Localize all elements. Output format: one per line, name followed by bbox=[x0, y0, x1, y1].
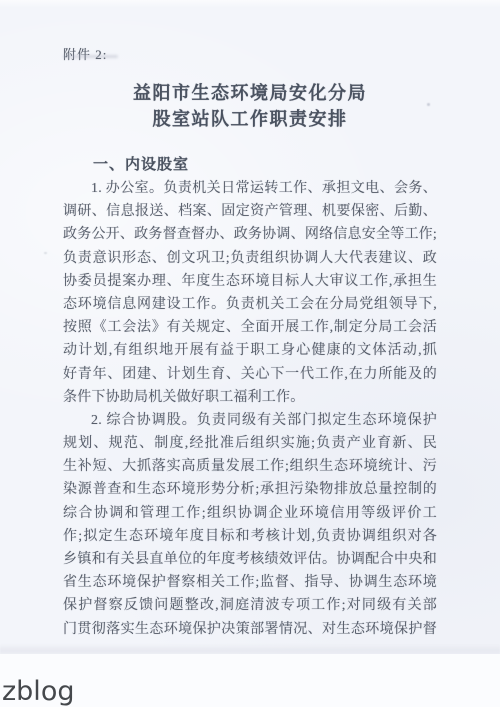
document-title: 益阳市生态环境局安化分局 股室站队工作职责安排 bbox=[63, 80, 437, 132]
scan-artifact-dot bbox=[427, 103, 430, 106]
text-line: 按照《工会法》有关规定、全面开展工作,制定分局工会活 bbox=[63, 316, 437, 339]
text-line: 作;拟定生态环境年度目标和考核计划,负责协调组织对各 bbox=[63, 525, 437, 548]
scanned-document-page: 附件 2: 益阳市生态环境局安化分局 股室站队工作职责安排 一、内设股室 1. … bbox=[0, 0, 500, 707]
text-line: 乡镇和有关县直单位的年度考核绩效评估。协调配合中央和 bbox=[63, 548, 437, 571]
attachment-label: 附件 2: bbox=[63, 0, 437, 63]
text-line: 协委员提案办理、年度生态环境目标人大审议工作,承担生 bbox=[63, 270, 437, 293]
text-line: 2. 综合协调股。负责同级有关部门拟定生态环境保护 bbox=[63, 409, 437, 432]
text-line: 态环境信息网建设工作。负责机关工会在分局党组领导下, bbox=[63, 293, 437, 316]
text-line: 负责意识形态、创文巩卫;负责组织协调人大代表建议、政 bbox=[63, 247, 437, 270]
scan-artifact-smudge bbox=[63, 55, 118, 58]
text-line: 省生态环境保护督察相关工作;监督、指导、协调生态环境 bbox=[63, 571, 437, 594]
bottom-white-strip bbox=[0, 654, 500, 707]
text-line: 条件下协助局机关做好职工福利工作。 bbox=[63, 386, 437, 409]
text-line: 政务公开、政务督查督办、政务协调、网络信息安全等工作; bbox=[63, 223, 437, 246]
text-line: 生补短、大抓落实高质量发展工作;组织生态环境统计、污 bbox=[63, 455, 437, 478]
document-title-line-1: 益阳市生态环境局安化分局 bbox=[63, 80, 437, 106]
paragraph: 2. 综合协调股。负责同级有关部门拟定生态环境保护规划、规范、制度,经批准后组织… bbox=[63, 409, 437, 641]
text-line: 动计划,有组织地开展有益于职工身心健康的文体活动,抓 bbox=[63, 339, 437, 362]
text-line: 门贯彻落实生态环境保护决策部署情况、对生态环境保护督 bbox=[63, 618, 437, 641]
text-line: 保护督察反馈问题整改,洞庭清波专项工作;对同级有关部 bbox=[63, 594, 437, 617]
text-line: 调研、信息报送、档案、固定资产管理、机要保密、后勤、 bbox=[63, 200, 437, 223]
document-title-line-2: 股室站队工作职责安排 bbox=[63, 106, 437, 132]
paragraph: 1. 办公室。负责机关日常运转工作、承担文电、会务、调研、信息报送、档案、固定资… bbox=[63, 177, 437, 409]
text-line: 染源普查和生态环境形势分析;承担污染物排放总量控制的 bbox=[63, 478, 437, 501]
scan-artifact-dot bbox=[44, 252, 47, 254]
text-line: 1. 办公室。负责机关日常运转工作、承担文电、会务、 bbox=[63, 177, 437, 200]
document-sheet: 附件 2: 益阳市生态环境局安化分局 股室站队工作职责安排 一、内设股室 1. … bbox=[0, 0, 500, 641]
document-body: 1. 办公室。负责机关日常运转工作、承担文电、会务、调研、信息报送、档案、固定资… bbox=[63, 177, 437, 641]
watermark-label: zblog bbox=[2, 674, 74, 707]
text-line: 好青年、团建、计划生育、关心下一代工作,在力所能及的 bbox=[63, 363, 437, 386]
text-line: 综合协调和管理工作;组织协调企业环境信用等级评价工 bbox=[63, 502, 437, 525]
text-line: 规划、规范、制度,经批准后组织实施;负责产业育新、民 bbox=[63, 432, 437, 455]
section-heading: 一、内设股室 bbox=[63, 155, 437, 175]
